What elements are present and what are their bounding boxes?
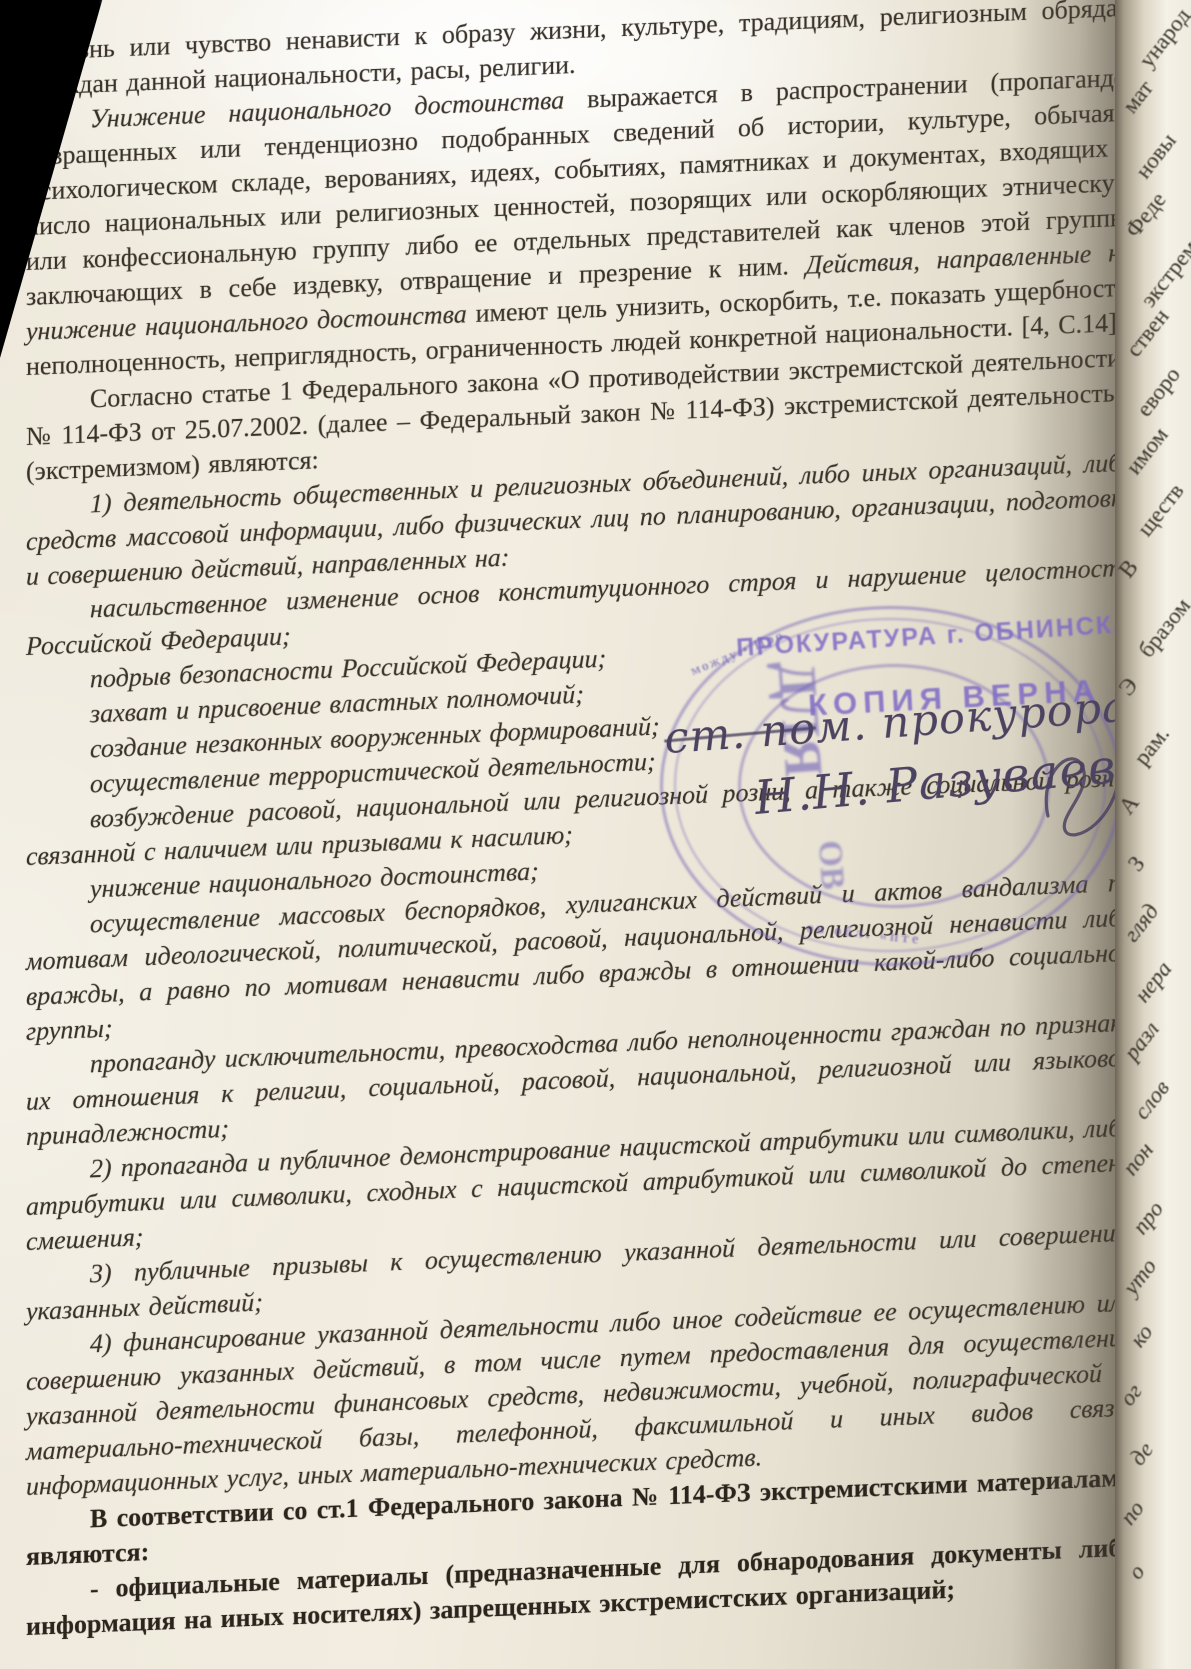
- curl-fragment: де: [1125, 1437, 1159, 1470]
- curl-fragment: уто: [1118, 1254, 1162, 1300]
- curl-fragment: гляд: [1119, 899, 1165, 947]
- curl-fragment: З: [1123, 851, 1151, 876]
- curl-fragment: ко: [1125, 1320, 1159, 1353]
- text-column: приязнь или чувство ненависти к образу ж…: [26, 0, 1134, 1644]
- curl-fragment: пон: [1117, 1137, 1159, 1180]
- curl-fragment: разл: [1119, 1017, 1165, 1066]
- curl-fragment: Э: [1115, 673, 1144, 701]
- curl-fragment: экстрем: [1136, 236, 1191, 313]
- page-curl: ународматновыФедеэкстремственевороимомще…: [1115, 0, 1191, 1669]
- curl-fragment: Феде: [1120, 187, 1171, 242]
- curl-fragment: ународ: [1134, 3, 1191, 73]
- curl-fragment: слов: [1129, 1075, 1175, 1124]
- photo-of-document: приязнь или чувство ненависти к образу ж…: [0, 0, 1191, 1669]
- curl-fragment: по: [1115, 1496, 1150, 1530]
- curl-fragment: А: [1115, 790, 1145, 819]
- curl-fragment: нера: [1129, 956, 1177, 1007]
- curl-fragment: имом: [1121, 422, 1174, 479]
- curl-fragment: В: [1115, 555, 1144, 583]
- curl-fragment: рам.: [1129, 721, 1175, 770]
- curl-fragment: ствен: [1121, 304, 1174, 362]
- curl-fragment: бразом: [1134, 593, 1191, 663]
- curl-fragment: о: [1123, 1559, 1151, 1584]
- paragraph: Унижение национального достоинства выраж…: [26, 59, 1134, 384]
- curl-fragment: ществ: [1132, 479, 1189, 542]
- curl-fragment: ог: [1115, 1379, 1148, 1411]
- curl-fragment: мат: [1117, 76, 1158, 119]
- curl-fragment: еворо: [1131, 362, 1186, 422]
- curl-fragment: новы: [1130, 128, 1181, 184]
- curl-fragment: про: [1127, 1196, 1169, 1239]
